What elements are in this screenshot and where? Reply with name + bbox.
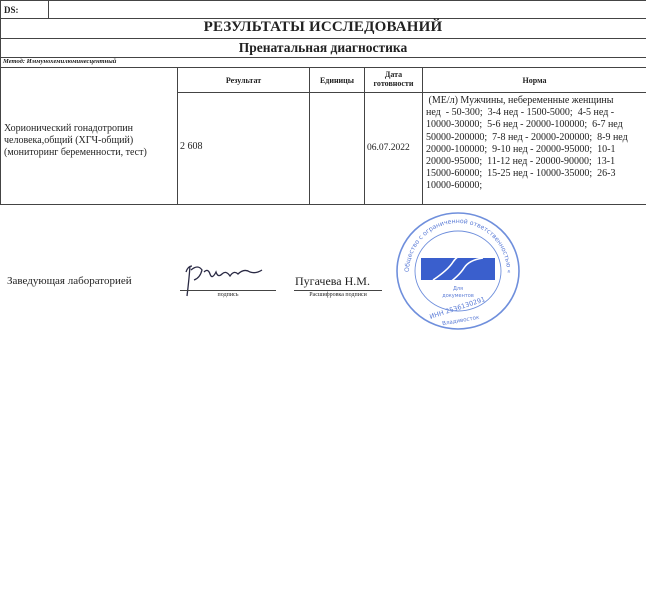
norm-line: 10000-30000; 5-6 нед - 20000-100000; 6-7… (426, 119, 646, 131)
divider (177, 67, 178, 205)
divider (0, 0, 646, 1)
norm-line: нед - 50-300; 3-4 нед - 1500-5000; 4-5 н… (426, 107, 646, 119)
norm-line: (МЕ/л) Мужчины, небеременные женщины (426, 95, 646, 107)
ds-label: DS: (4, 5, 19, 15)
test-name: Хорионический гонадотропин человека,общи… (4, 123, 147, 160)
norm-line: 50000-200000; 7-8 нед - 20000-200000; 8-… (426, 132, 646, 144)
method-label: Метод: Иммунохемилюминесцентный (3, 58, 116, 65)
test-name-line: человека,общий (ХГЧ-общий) (4, 135, 147, 147)
date-value: 06.07.2022 (367, 142, 410, 154)
column-header-norm: Норма (423, 76, 646, 85)
column-header-result: Результат (178, 76, 309, 85)
page-subtitle: Пренатальная диагностика (0, 40, 646, 56)
stamp-center-text-2: документов (442, 293, 474, 299)
divider (0, 67, 646, 68)
norm-line: 20000-100000; 9-10 нед - 20000-95000; 10… (426, 144, 646, 156)
divider (422, 67, 423, 205)
divider (309, 67, 310, 205)
name-line (294, 290, 382, 291)
signer-name: Пугачева Н.М. (295, 274, 370, 289)
signer-role: Заведующая лабораторией (7, 275, 132, 287)
organization-stamp: Общество с ограниченной ответственностью… (393, 210, 523, 332)
page-title: РЕЗУЛЬТАТЫ ИССЛЕДОВАНИЙ (0, 19, 646, 36)
stamp-city-text: Владивосток (442, 315, 481, 328)
header-line: готовности (365, 79, 422, 88)
signature-caption: подпись (180, 292, 276, 298)
signature-line (180, 290, 276, 291)
norm-value: (МЕ/л) Мужчины, небеременные женщины нед… (426, 95, 646, 193)
result-value: 2 608 (180, 141, 203, 153)
test-name-line: (мониторинг беременности, тест) (4, 147, 147, 159)
divider (48, 0, 49, 18)
name-caption: Расшифровка подписи (294, 292, 382, 298)
column-header-date: Дата готовности (365, 70, 422, 88)
norm-line: 10000-60000; (426, 180, 646, 192)
stamp-center-text-1: Для (453, 286, 463, 292)
norm-line: 15000-60000; 15-25 нед - 10000-35000; 26… (426, 168, 646, 180)
divider (177, 92, 646, 93)
test-name-line: Хорионический гонадотропин (4, 123, 147, 135)
divider (0, 38, 646, 39)
divider (0, 67, 1, 205)
divider (0, 204, 646, 205)
header-line: Дата (365, 70, 422, 79)
norm-line: 20000-95000; 11-12 нед - 20000-90000; 13… (426, 156, 646, 168)
column-header-units: Единицы (310, 76, 364, 85)
